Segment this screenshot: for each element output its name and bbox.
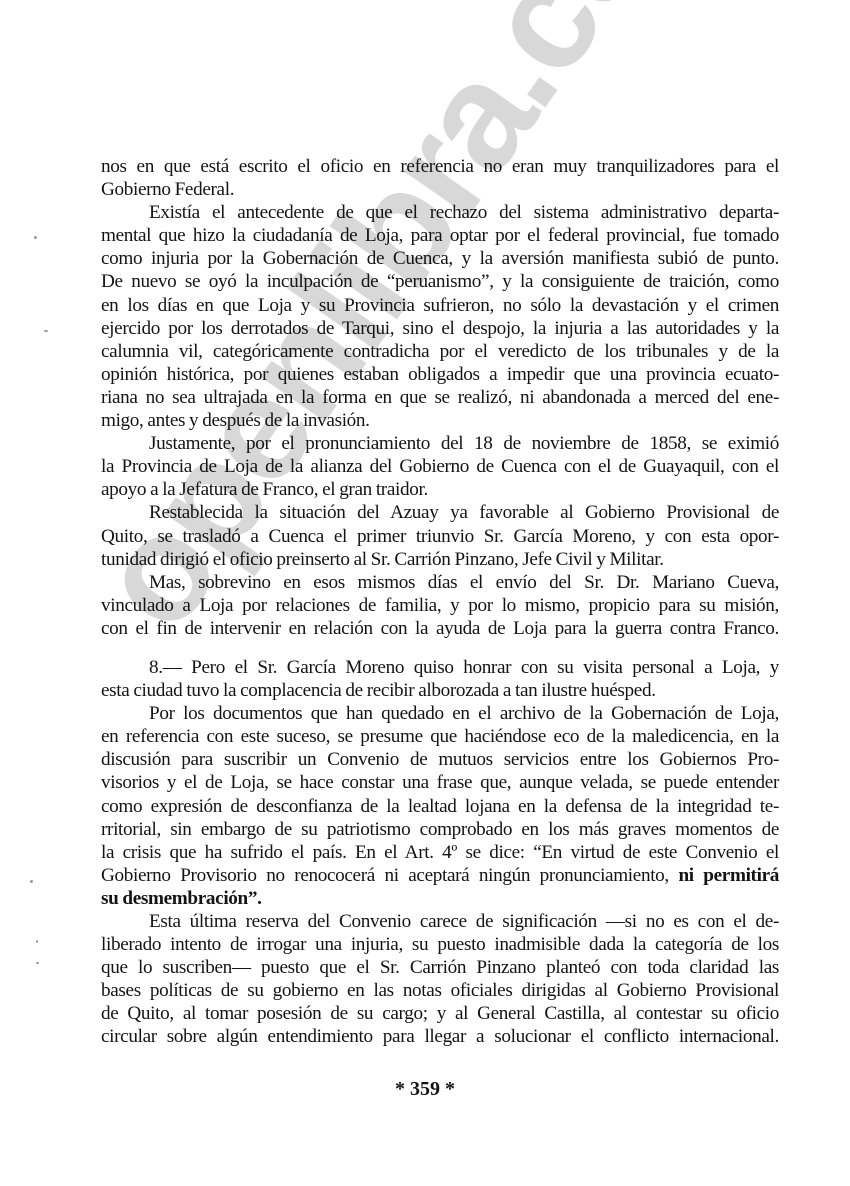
text-line-quote: Gobierno Provisorio no renococerá ni ace… [101,864,779,887]
text-line: como injuria por la Gobernación de Cuenc… [101,247,779,270]
text-line: con el fin de intervenir en relación con… [101,617,779,640]
text-line: mental que hizo la ciudadanía de Loja, p… [101,224,779,247]
text-line: Justamente, por el pronunciamiento del 1… [101,432,779,455]
text-line: circular sobre algún entendimiento para … [101,1025,779,1048]
text-line: de Quito, al tomar posesión de su cargo;… [101,1002,779,1025]
text-line: visorios y el de Loja, se hace constar u… [101,771,779,794]
text-line: Gobierno Federal. [101,178,779,201]
paragraph: nos en que está escrito el oficio en ref… [101,155,779,201]
margin-speck [36,962,39,964]
paragraph: Restablecida la situación del Azuay ya f… [101,501,779,570]
document-body: nos en que está escrito el oficio en ref… [101,155,779,1049]
text-line-quote-end: su desmembración”. [101,887,779,910]
section-gap [101,640,779,656]
text-line: bases políticas de su gobierno en las no… [101,979,779,1002]
text-line: rritorial, sin embargo de su patriotismo… [101,818,779,841]
text-line: Restablecida la situación del Azuay ya f… [101,501,779,524]
text-line: opinión histórica, por quienes estaban o… [101,363,779,386]
text-line: la crisis que ha sufrido el país. En el … [101,841,779,864]
margin-speck [36,940,38,943]
text-line: Esta última reserva del Convenio carece … [101,910,779,933]
text-line: ejercido por los derrotados de Tarqui, s… [101,317,779,340]
paragraph: Justamente, por el pronunciamiento del 1… [101,432,779,501]
text-line: apoyo a la Jefatura de Franco, el gran t… [101,478,779,501]
quote-text: Gobierno Provisorio no renococerá ni ace… [101,865,669,886]
text-line: como expresión de desconfianza de la lea… [101,795,779,818]
text-line: migo, antes y después de la invasión. [101,409,779,432]
text-line: 8.— Pero el Sr. García Moreno quiso honr… [101,656,779,679]
quote-emphasis: ni permitirá [678,865,779,886]
text-line: que lo suscriben— puesto que el Sr. Carr… [101,956,779,979]
text-line: Por los documentos que han quedado en el… [101,702,779,725]
text-line: esta ciudad tuvo la complacencia de reci… [101,679,779,702]
page-number: * 359 * [0,1078,850,1101]
text-line: discusión para suscribir un Convenio de … [101,748,779,771]
text-line: riana no sea ultrajada en la forma en qu… [101,386,779,409]
paragraph: Mas, sobrevino en esos mismos días el en… [101,571,779,640]
paragraph-section-8: 8.— Pero el Sr. García Moreno quiso honr… [101,656,779,702]
text-line: Existía el antecedente de que el rechazo… [101,201,779,224]
paragraph: Existía el antecedente de que el rechazo… [101,201,779,432]
paragraph: Por los documentos que han quedado en el… [101,702,779,910]
text-line: la Provincia de Loja de la alianza del G… [101,455,779,478]
quote-close: ”. [248,888,262,909]
text-line: De nuevo se oyó la inculpación de “perua… [101,270,779,293]
quote-emphasis: su desmembración [101,888,248,909]
text-line: vinculado a Loja por relaciones de famil… [101,594,779,617]
text-line: nos en que está escrito el oficio en ref… [101,155,779,178]
text-line: liberado intento de irrogar una injuria,… [101,933,779,956]
text-line: en referencia con este suceso, se presum… [101,725,779,748]
paragraph: Esta última reserva del Convenio carece … [101,910,779,1049]
margin-speck [30,880,33,883]
text-line: Mas, sobrevino en esos mismos días el en… [101,571,779,594]
text-line: en los días en que Loja y su Provincia s… [101,294,779,317]
margin-speck [44,330,48,332]
text-line: Quito, se trasladó a Cuenca el primer tr… [101,525,779,548]
text-line: calumnia vil, categóricamente contradich… [101,340,779,363]
margin-speck [34,236,37,239]
text-line: tunidad dirigió el oficio preinserto al … [101,548,779,571]
